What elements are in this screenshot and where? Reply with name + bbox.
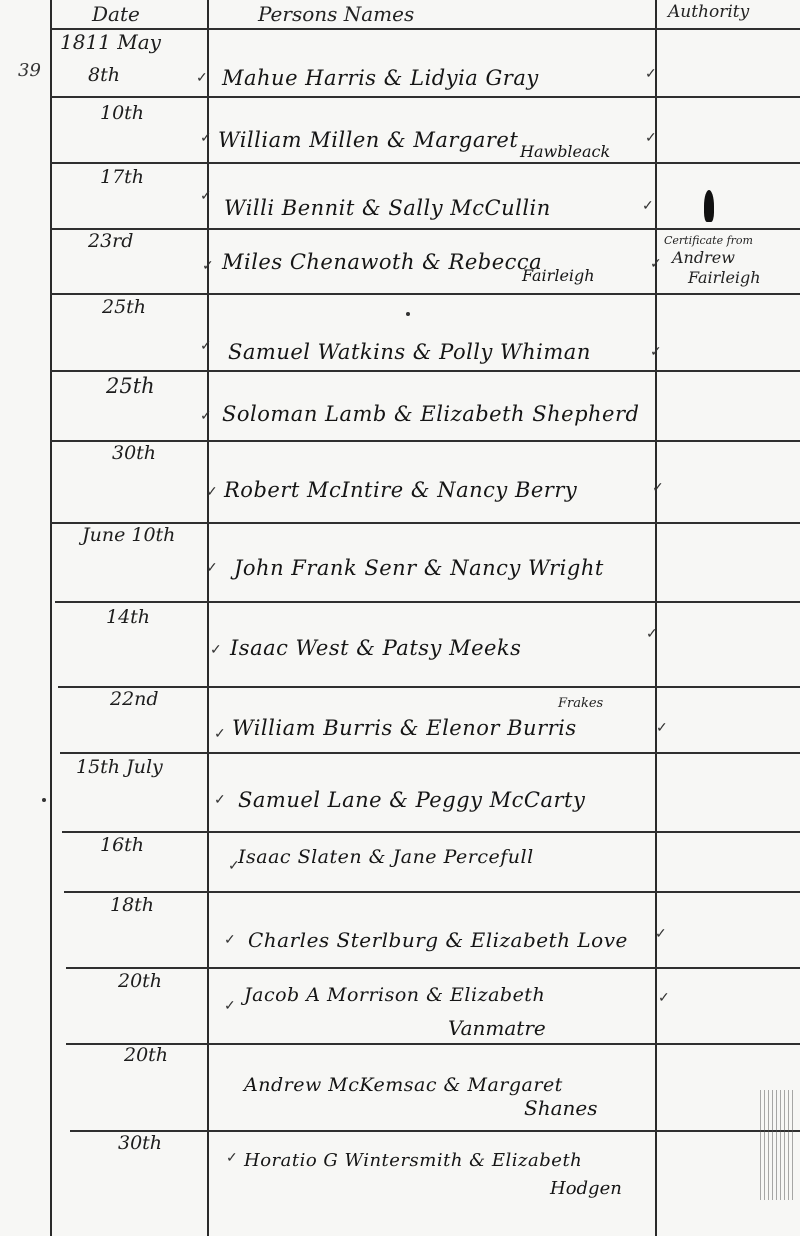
check-mark-icon: ✓: [200, 338, 212, 354]
row-rule: [62, 831, 800, 833]
entry-names: Charles Sterlburg & Elizabeth Love: [248, 928, 628, 952]
entry-names-line2: Fairleigh: [522, 266, 595, 285]
entry-date: 30th: [118, 1132, 162, 1154]
row-rule: [64, 891, 800, 893]
entry-date: 30th: [112, 442, 156, 464]
left-margin-rule: [50, 0, 52, 1236]
check-mark-icon: ✓: [214, 792, 226, 808]
row-rule: [70, 1130, 800, 1132]
check-mark-icon: ✓: [224, 932, 236, 948]
check-mark-icon: ✓: [650, 344, 662, 360]
row-rule: [50, 96, 800, 98]
entry-names-line2: Vanmatre: [448, 1016, 546, 1040]
check-mark-icon: ✓: [650, 256, 662, 272]
entry-names: John Frank Senr & Nancy Wright: [234, 556, 604, 580]
entry-names: Isaac West & Patsy Meeks: [230, 636, 521, 660]
check-mark-icon: ✓: [206, 560, 218, 576]
entry-names: William Millen & Margaret: [218, 128, 518, 152]
entry-names: William Burris & Elenor Burris: [232, 716, 577, 740]
check-mark-icon: ✓: [656, 720, 668, 736]
check-mark-icon: ✓: [645, 66, 657, 82]
entry-names: Samuel Watkins & Polly Whiman: [228, 340, 591, 364]
row-rule: [58, 686, 800, 688]
entry-date: 22nd: [110, 688, 159, 710]
row-rule: [55, 601, 800, 603]
check-mark-icon: ✓: [642, 198, 654, 214]
entry-names: Isaac Slaten & Jane Percefull: [238, 846, 534, 868]
names-column-rule: [655, 0, 657, 1236]
check-mark-icon: ✓: [645, 130, 657, 146]
column-header-date: Date: [92, 2, 140, 26]
ink-speck: [406, 312, 410, 316]
check-mark-icon: ✓: [655, 926, 667, 942]
entry-date: 14th: [106, 606, 150, 628]
check-mark-icon: ✓: [652, 480, 664, 496]
authority-note: Certificate from: [664, 234, 753, 247]
entry-names-line2: Shanes: [524, 1096, 598, 1120]
entry-date: 18th: [110, 894, 154, 916]
authority-name-line2: Fairleigh: [688, 268, 761, 287]
entry-names: Samuel Lane & Peggy McCarty: [238, 788, 585, 812]
check-mark-icon: ✓: [658, 990, 670, 1006]
entry-date: 8th: [88, 64, 120, 86]
entry-names-above: Frakes: [558, 696, 603, 711]
check-mark-icon: ✓: [224, 998, 236, 1014]
check-mark-icon: ✓: [206, 484, 218, 500]
check-mark-icon: ✓: [226, 1150, 238, 1166]
year-heading: 1811 May: [60, 30, 161, 54]
entry-names: Jacob A Morrison & Elizabeth: [244, 984, 545, 1006]
entry-date: 17th: [100, 166, 144, 188]
row-rule: [66, 1043, 800, 1045]
register-page: Date Persons Names Authority 39 1811 May…: [0, 0, 800, 1236]
entry-names: Andrew McKemsac & Margaret: [244, 1074, 563, 1096]
page-number: 39: [18, 60, 41, 81]
check-mark-icon: ✓: [210, 642, 222, 658]
row-rule: [50, 228, 800, 230]
entry-names: Willi Bennit & Sally McCullin: [224, 196, 551, 220]
entry-date: 23rd: [88, 230, 133, 252]
entry-date: 15th July: [76, 756, 163, 778]
entry-names: Mahue Harris & Lidyia Gray: [222, 66, 539, 90]
check-mark-icon: ✓: [200, 130, 212, 146]
check-mark-icon: ✓: [214, 726, 226, 742]
entry-names-line2: Hodgen: [550, 1178, 622, 1199]
check-mark-icon: ✓: [202, 258, 214, 274]
entry-names: Miles Chenawoth & Rebecca: [222, 250, 542, 274]
row-rule: [50, 440, 800, 442]
check-mark-icon: ✓: [196, 70, 208, 86]
check-mark-icon: ✓: [200, 188, 212, 204]
check-mark-icon: ✓: [646, 626, 658, 642]
entry-date: 25th: [106, 374, 155, 398]
entry-date: 20th: [124, 1044, 168, 1066]
header-rule: [50, 28, 800, 30]
scan-smudge: [760, 1090, 794, 1200]
ink-speck: [42, 798, 46, 802]
entry-date: June 10th: [82, 524, 175, 546]
row-rule: [50, 293, 800, 295]
entry-names: Soloman Lamb & Elizabeth Shepherd: [222, 402, 639, 426]
entry-names: Robert McIntire & Nancy Berry: [224, 478, 577, 502]
authority-name: Andrew: [672, 248, 735, 267]
entry-date: 20th: [118, 970, 162, 992]
entry-date: 25th: [102, 296, 146, 318]
date-column-rule: [207, 0, 209, 1236]
entry-date: 16th: [100, 834, 144, 856]
entry-names: Horatio G Wintersmith & Elizabeth: [244, 1150, 582, 1171]
row-rule: [50, 370, 800, 372]
entry-date: 10th: [100, 102, 144, 124]
ink-blot: [704, 190, 714, 222]
entry-names-line2: Hawbleack: [520, 142, 610, 161]
column-header-names: Persons Names: [258, 2, 414, 26]
row-rule: [66, 967, 800, 969]
column-header-authority: Authority: [668, 2, 749, 22]
row-rule: [60, 752, 800, 754]
row-rule: [50, 162, 800, 164]
check-mark-icon: ✓: [200, 408, 212, 424]
